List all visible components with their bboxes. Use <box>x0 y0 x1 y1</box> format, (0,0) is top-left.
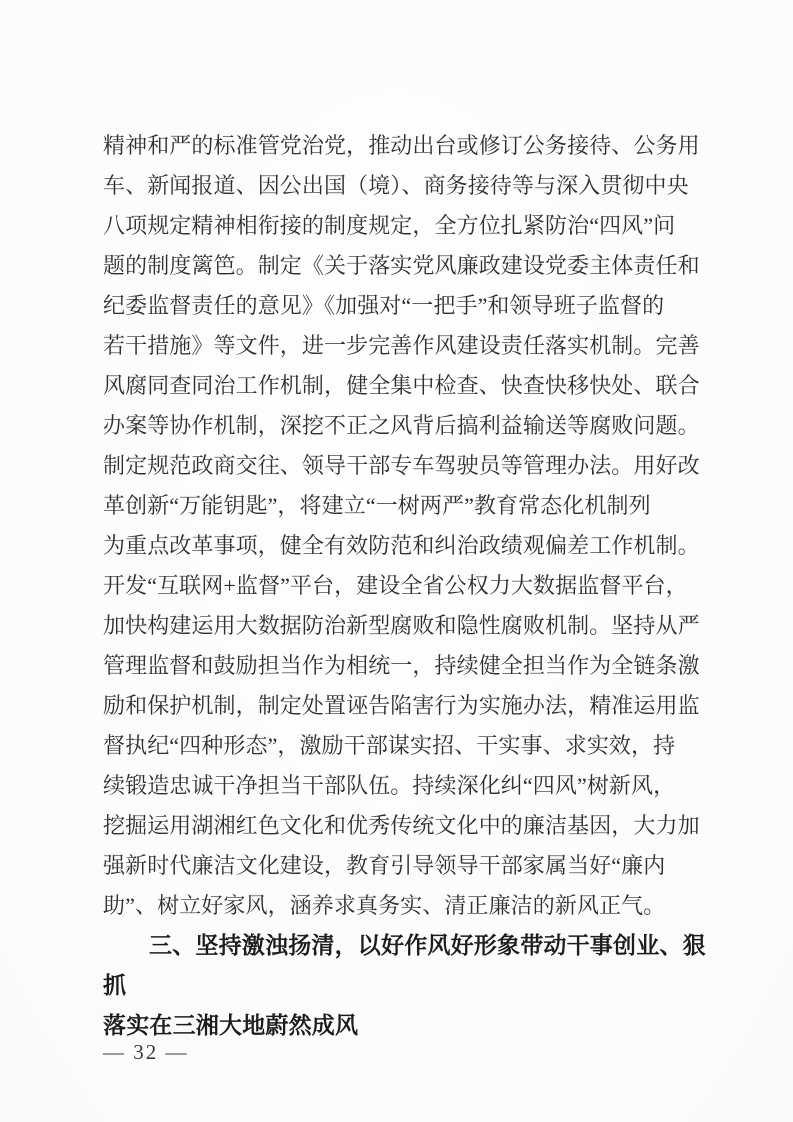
page-number: — 32 — <box>103 1032 189 1072</box>
section-heading: 三、坚持激浊扬清，以好作风好形象带动干事创业、狠抓 落实在三湘大地蔚然成风 <box>103 926 707 1046</box>
body-paragraph: 精神和严的标准管党治党，推动出台或修订公务接待、公务用 车、新闻报道、因公出国（… <box>103 126 703 926</box>
document-page: 精神和严的标准管党治党，推动出台或修订公务接待、公务用 车、新闻报道、因公出国（… <box>0 0 793 1122</box>
